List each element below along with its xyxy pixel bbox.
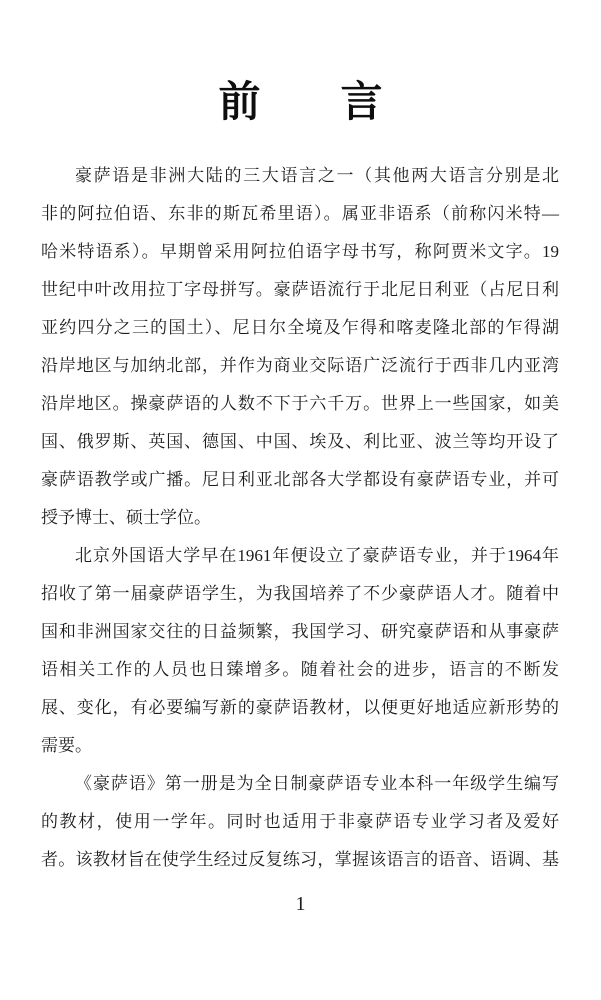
document-page: 前 言 豪萨语是非洲大陆的三大语言之一（其他两大语言分别是北 非的阿拉伯语、东非… [0,0,601,1000]
text-line: 《豪萨语》第一册是为全日制豪萨语专业本科一年级学生编写 [41,765,559,803]
text-line: 豪萨语是非洲大陆的三大语言之一（其他两大语言分别是北 [41,157,559,195]
title-char-first: 前 [218,80,260,126]
text-line: 的教材，使用一学年。同时也适用于非豪萨语专业学习者及爱好 [41,803,559,841]
text-line: 沿岸地区。操豪萨语的人数不下于六千万。世界上一些国家，如美 [41,385,559,423]
text-line: 沿岸地区与加纳北部，并作为商业交际语广泛流行于西非几内亚湾 [41,347,559,385]
page-number: 1 [0,892,601,916]
preface-text: 豪萨语是非洲大陆的三大语言之一（其他两大语言分别是北 非的阿拉伯语、东非的斯瓦希… [41,157,559,879]
text-line: 哈米特语系）。早期曾采用阿拉伯语字母书写，称阿贾米文字。19 [41,233,559,271]
text-line: 语相关工作的人员也日臻增多。随着社会的进步，语言的不断发 [41,651,559,689]
text-line: 招收了第一届豪萨语学生，为我国培养了不少豪萨语人才。随着中 [41,575,559,613]
text-line: 者。该教材旨在使学生经过反复练习，掌握该语言的语音、语调、基 [41,841,559,879]
text-line: 世纪中叶改用拉丁字母拼写。豪萨语流行于北尼日利亚（占尼日利 [41,271,559,309]
text-line: 授予博士、硕士学位。 [41,499,559,537]
text-line: 需要。 [41,727,559,765]
text-line: 国、俄罗斯、英国、德国、中国、埃及、利比亚、波兰等均开设了 [41,423,559,461]
text-line: 国和非洲国家交往的日益频繁，我国学习、研究豪萨语和从事豪萨 [41,613,559,651]
page-title: 前 言 [0,80,601,126]
title-char-second: 言 [341,80,383,126]
text-line: 非的阿拉伯语、东非的斯瓦希里语）。属亚非语系（前称闪米特— [41,195,559,233]
text-line: 展、变化，有必要编写新的豪萨语教材，以便更好地适应新形势的 [41,689,559,727]
text-line: 亚约四分之三的国土）、尼日尔全境及乍得和喀麦隆北部的乍得湖 [41,309,559,347]
text-line: 豪萨语教学或广播。尼日利亚北部各大学都设有豪萨语专业，并可 [41,461,559,499]
text-line: 北京外国语大学早在1961年便设立了豪萨语专业，并于1964年 [41,537,559,575]
